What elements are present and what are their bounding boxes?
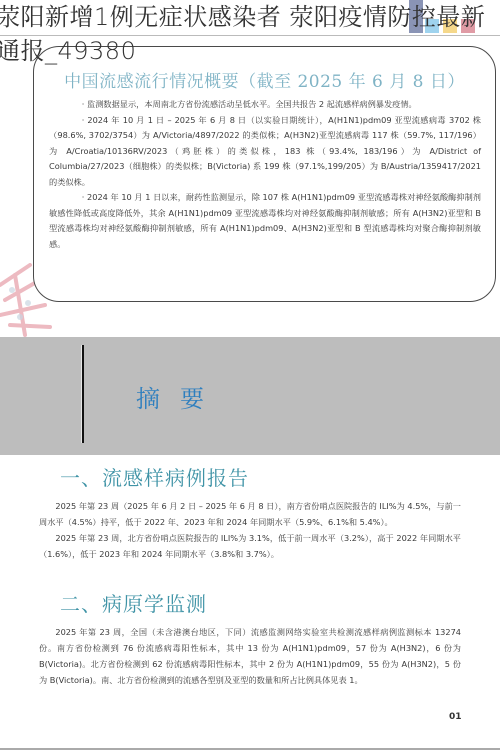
banner-vertical-rule <box>82 345 84 443</box>
article-title-line-2: 通报_49380 <box>0 34 500 68</box>
summary-paragraph: · 2024 年 10 月 1 日 – 2025 年 6 月 8 日（以实验日期… <box>49 113 481 191</box>
section-paragraph: 2025 年第 23 周（2025 年 6 月 2 日 – 2025 年 6 月… <box>39 498 461 530</box>
section-body-pathogen-surveillance: 2025 年第 23 周，全国（未含港澳台地区，下同）流感监测网络实验室共检测流… <box>39 624 461 688</box>
abstract-heading: 摘要 <box>136 379 224 414</box>
section-paragraph: 2025 年第 23 周，全国（未含港澳台地区，下同）流感监测网络实验室共检测流… <box>39 624 461 688</box>
article-title: 荥阳新增1例无症状感染者 荥阳疫情防控最新 通报_49380 <box>0 0 500 68</box>
summary-paragraph: · 2024 年 10 月 1 日以来，耐药性监测显示，除 107 株 A(H1… <box>49 190 481 252</box>
article-title-line-1: 荥阳新增1例无症状感染者 荥阳疫情防控最新 <box>0 0 500 34</box>
summary-box-title: 中国流感流行情况概要（截至 2025 年 6 月 8 日） <box>34 67 495 92</box>
bottom-divider <box>0 748 500 750</box>
section-body-ili-report: 2025 年第 23 周（2025 年 6 月 2 日 – 2025 年 6 月… <box>39 498 461 562</box>
summary-paragraph: · 监测数据显示，本周南北方省份流感活动呈低水平。全国共报告 2 起流感样病例暴… <box>49 97 481 113</box>
section-heading-pathogen-surveillance: 二、病原学监测 <box>60 588 207 617</box>
summary-box-body: · 监测数据显示，本周南北方省份流感活动呈低水平。全国共报告 2 起流感样病例暴… <box>49 97 481 252</box>
abstract-banner: 摘要 <box>0 337 500 455</box>
page-number: 01 <box>449 712 462 722</box>
section-paragraph: 2025 年第 23 周，北方省份哨点医院报告的 ILI%为 3.1%，低于前一… <box>39 530 461 562</box>
influenza-summary-box: 中国流感流行情况概要（截至 2025 年 6 月 8 日） · 监测数据显示，本… <box>33 46 496 302</box>
section-heading-ili-report: 一、流感样病例报告 <box>60 462 249 491</box>
